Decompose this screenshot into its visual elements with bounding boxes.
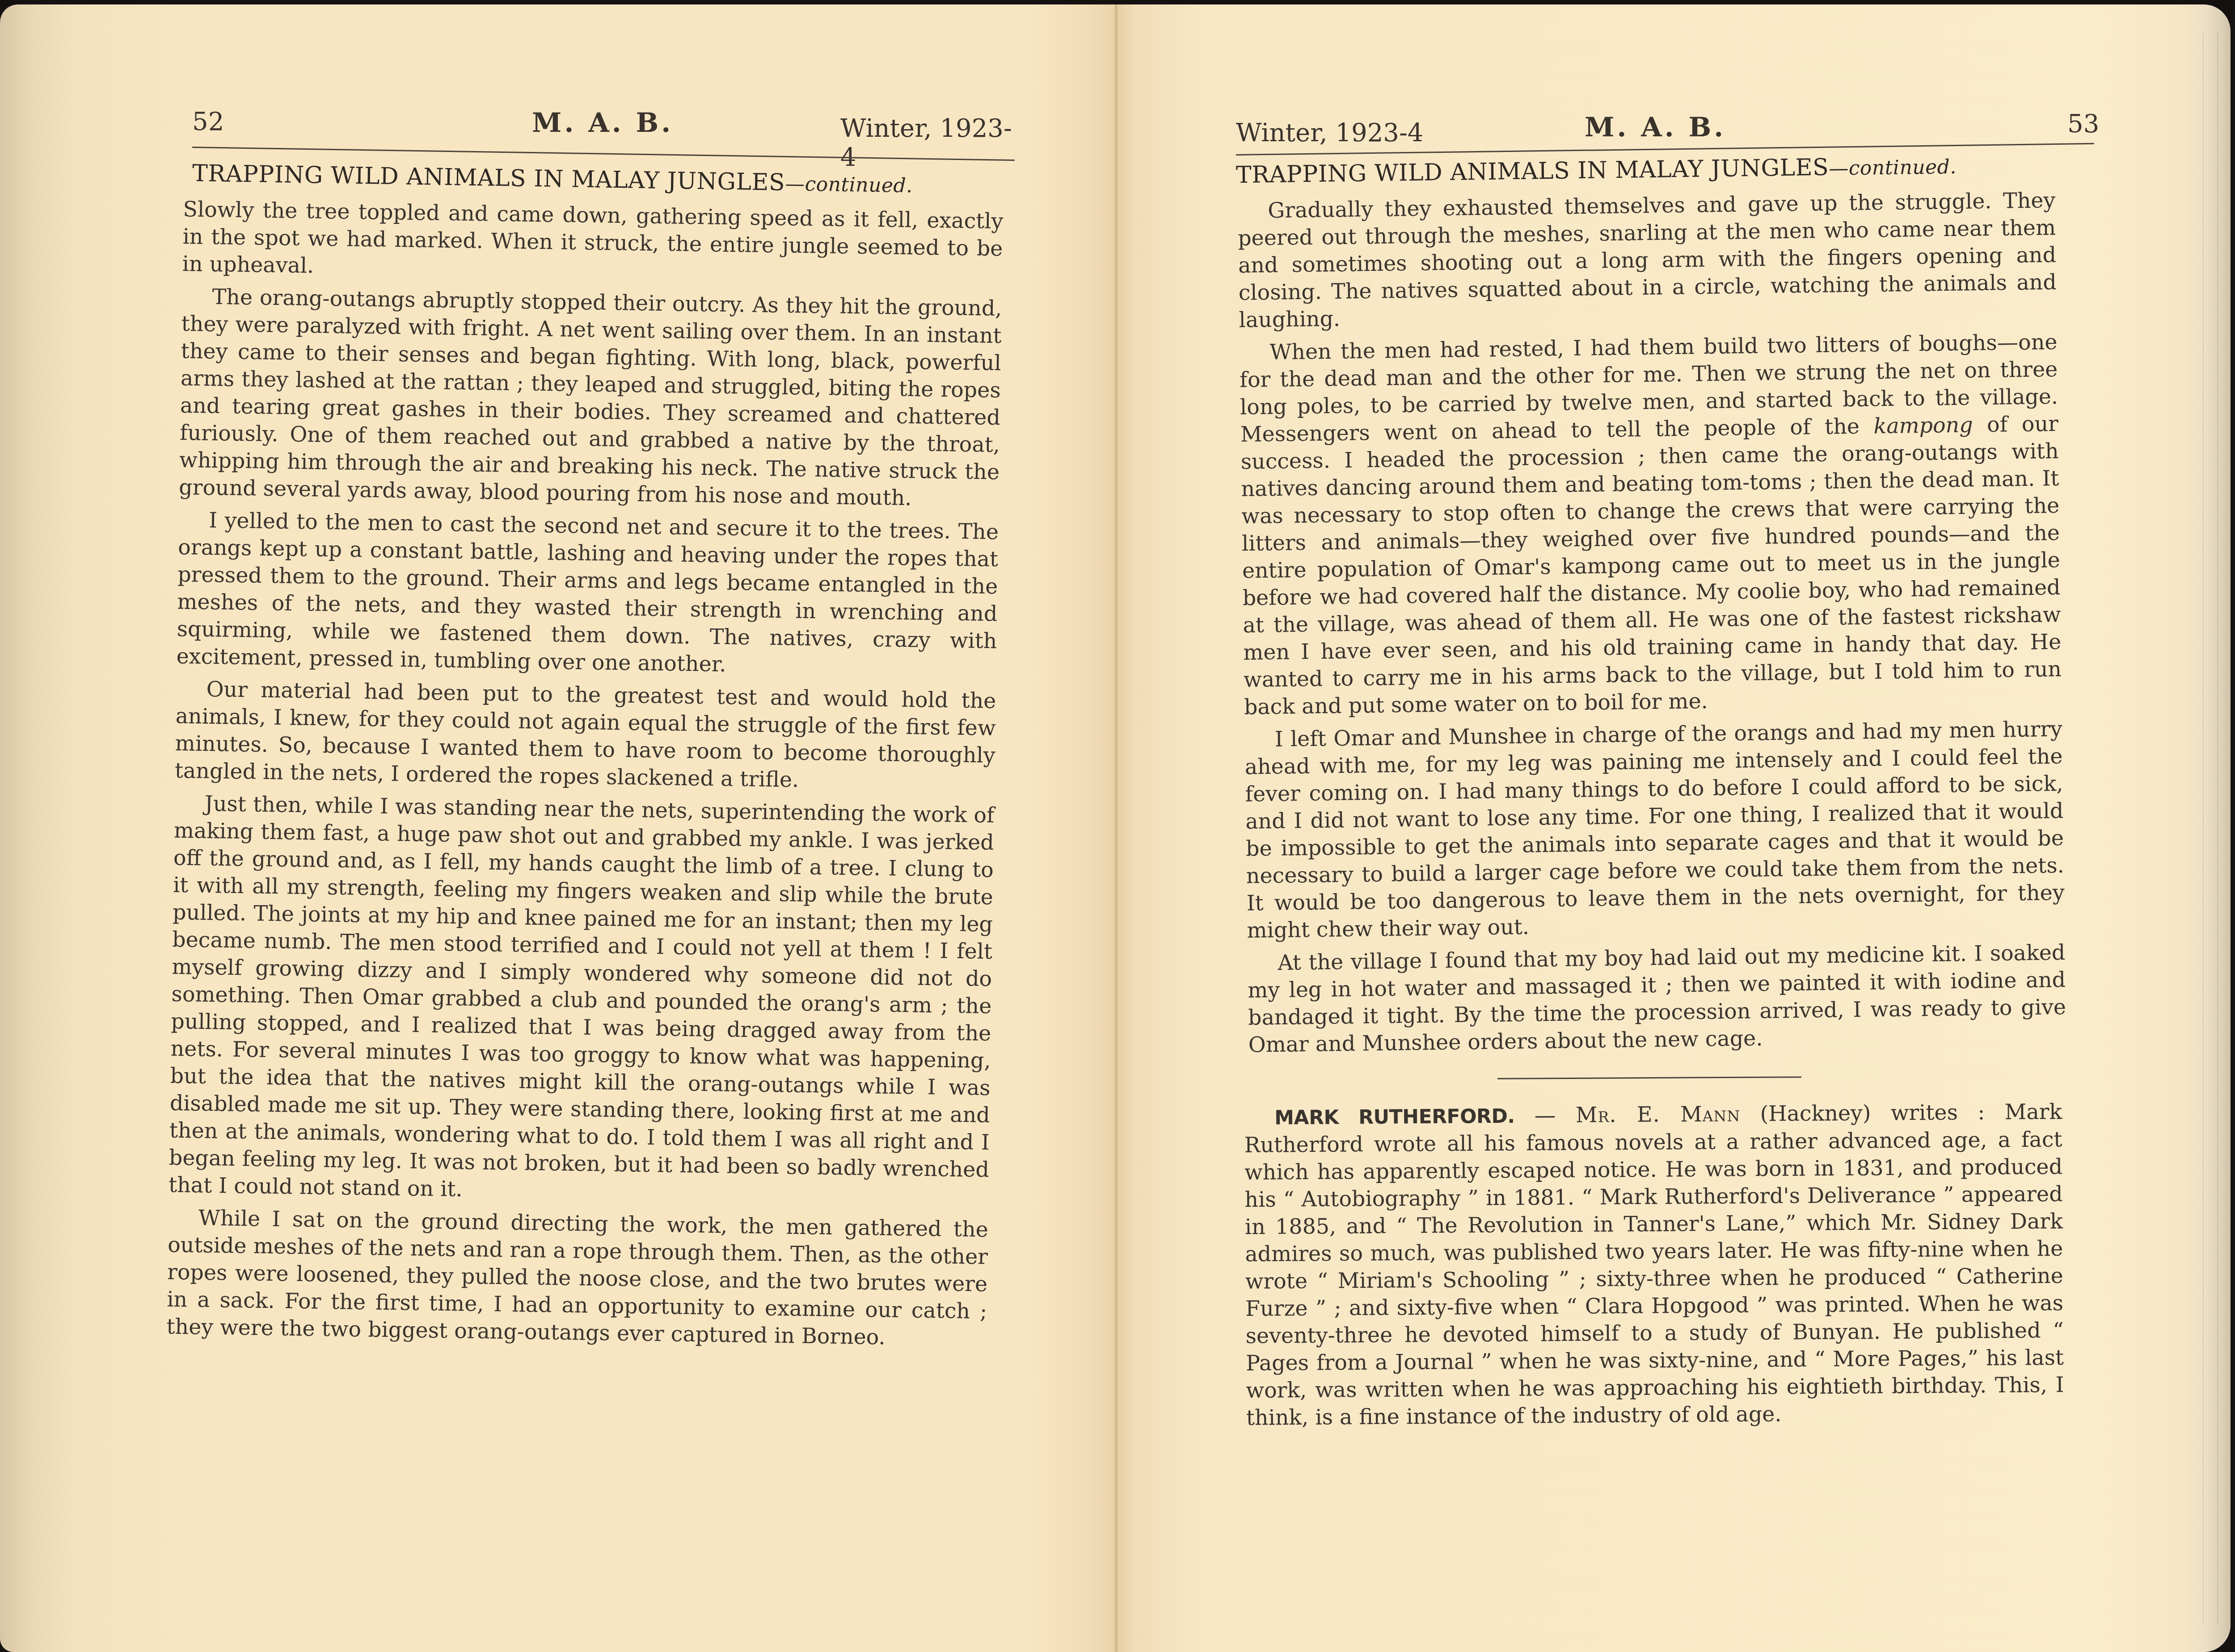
right-article-body: Gradually they exhausted themselves and … [1237, 187, 2066, 1059]
note-location: (Hackney) writes : [1740, 1100, 1985, 1126]
paragraph: At the village I found that my boy had l… [1247, 939, 2066, 1059]
note-author: Mr. E. Mann [1576, 1102, 1741, 1128]
rutherford-note: MARK RUTHERFORD. — Mr. E. Mann (Hackney)… [1244, 1098, 2064, 1432]
paragraph: Just then, while I was standing near the… [169, 790, 995, 1211]
page-edges [2203, 31, 2218, 1625]
left-article-body: Slowly the tree toppled and came down, g… [166, 196, 1004, 1353]
article-title: TRAPPING WILD ANIMALS IN MALAY JUNGLES—c… [1236, 152, 1957, 189]
issue-date: Winter, 1923-4 [1236, 118, 1423, 147]
magazine-title: M. A. B. [532, 107, 673, 139]
note-dash: — [1514, 1103, 1576, 1128]
paragraph: The orang-outangs abruptly stopped their… [179, 283, 1002, 513]
italic-term: kampong [1873, 413, 1973, 439]
right-running-head: Winter, 1923-4 M. A. B. 53 [1236, 98, 2108, 152]
paragraph: When the men had rested, I had them buil… [1239, 329, 2062, 721]
paragraph: I left Omar and Munshee in charge of the… [1244, 716, 2065, 944]
note-intro: MARK RUTHERFORD. — Mr. E. Mann (Hackney)… [1244, 1098, 2064, 1432]
paragraph-text: of our success. I headed the procession … [1240, 412, 2062, 720]
right-page: Winter, 1923-4 M. A. B. 53 TRAPPING WILD… [1117, 4, 2231, 1652]
note-body: Mark Rutherford wrote all his famous nov… [1244, 1100, 2064, 1430]
continued-label: —continued. [785, 173, 913, 197]
left-running-head: 52 M. A. B. Winter, 1923-4 [179, 94, 1019, 147]
article-title: TRAPPING WILD ANIMALS IN MALAY JUNGLES—c… [192, 160, 913, 198]
paragraph: Our material had been put to the greates… [174, 675, 996, 796]
article-title-text: TRAPPING WILD ANIMALS IN MALAY JUNGLES [1236, 154, 1829, 189]
page-number: 53 [2067, 110, 2099, 139]
magazine-spread: 52 M. A. B. Winter, 1923-4 TRAPPING WILD… [0, 0, 2235, 1652]
continued-label: —continued. [1829, 156, 1957, 180]
article-title-text: TRAPPING WILD ANIMALS IN MALAY JUNGLES [192, 160, 785, 196]
issue-date: Winter, 1923-4 [840, 114, 1019, 172]
left-page: 52 M. A. B. Winter, 1923-4 TRAPPING WILD… [0, 4, 1117, 1652]
paragraph: I yelled to the men to cast the second n… [176, 506, 999, 682]
paragraph: Gradually they exhausted themselves and … [1237, 187, 2057, 334]
page-number: 52 [192, 107, 224, 136]
section-divider [1497, 1076, 1801, 1079]
note-heading: MARK RUTHERFORD. [1274, 1105, 1515, 1129]
paragraph: While I sat on the ground directing the … [166, 1204, 988, 1353]
paragraph: Slowly the tree toppled and came down, g… [182, 196, 1004, 290]
magazine-title: M. A. B. [1585, 112, 1726, 143]
